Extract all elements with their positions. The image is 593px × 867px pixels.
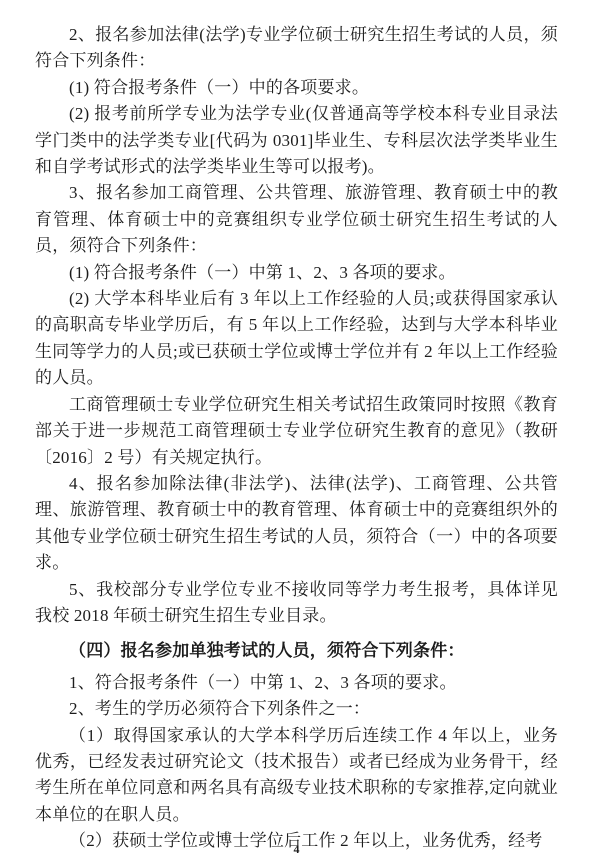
paragraph: 2、报名参加法律(法学)专业学位硕士研究生招生考试的人员，须符合下列条件： xyxy=(35,22,558,75)
paragraph: （1）取得国家承认的大学本科学历后连续工作 4 年以上，业务优秀，已经发表过研究… xyxy=(35,723,558,829)
paragraph: (2) 大学本科毕业后有 3 年以上工作经验的人员;或获得国家承认的高职高专毕业… xyxy=(35,286,558,392)
paragraph: (1) 符合报考条件（一）中的各项要求。 xyxy=(35,75,558,101)
paragraph: （四）报名参加单独考试的人员，须符合下列条件： xyxy=(35,638,558,664)
paragraph: 工商管理硕士专业学位研究生相关考试招生政策同时按照《教育部关于进一步规范工商管理… xyxy=(35,392,558,471)
paragraph: (2) 报考前所学专业为法学专业(仅普通高等学校本科专业目录法学门类中的法学类专… xyxy=(35,101,558,180)
paragraph: 2、考生的学历必须符合下列条件之一： xyxy=(35,696,558,722)
paragraph: 1、符合报考条件（一）中第 1、2、3 各项的要求。 xyxy=(35,670,558,696)
paragraph: 4、报名参加除法律(非法学)、法律(法学)、工商管理、公共管理、旅游管理、教育硕… xyxy=(35,471,558,577)
paragraph: 5、我校部分专业学位专业不接收同等学力考生报考，具体详见我校 2018 年硕士研… xyxy=(35,577,558,630)
document-body: 2、报名参加法律(法学)专业学位硕士研究生招生考试的人员，须符合下列条件：(1)… xyxy=(35,22,558,855)
paragraph: (1) 符合报考条件（一）中第 1、2、3 各项的要求。 xyxy=(35,260,558,286)
page-number: 4 xyxy=(0,842,593,857)
paragraph: 3、报名参加工商管理、公共管理、旅游管理、教育硕士中的教育管理、体育硕士中的竞赛… xyxy=(35,180,558,259)
